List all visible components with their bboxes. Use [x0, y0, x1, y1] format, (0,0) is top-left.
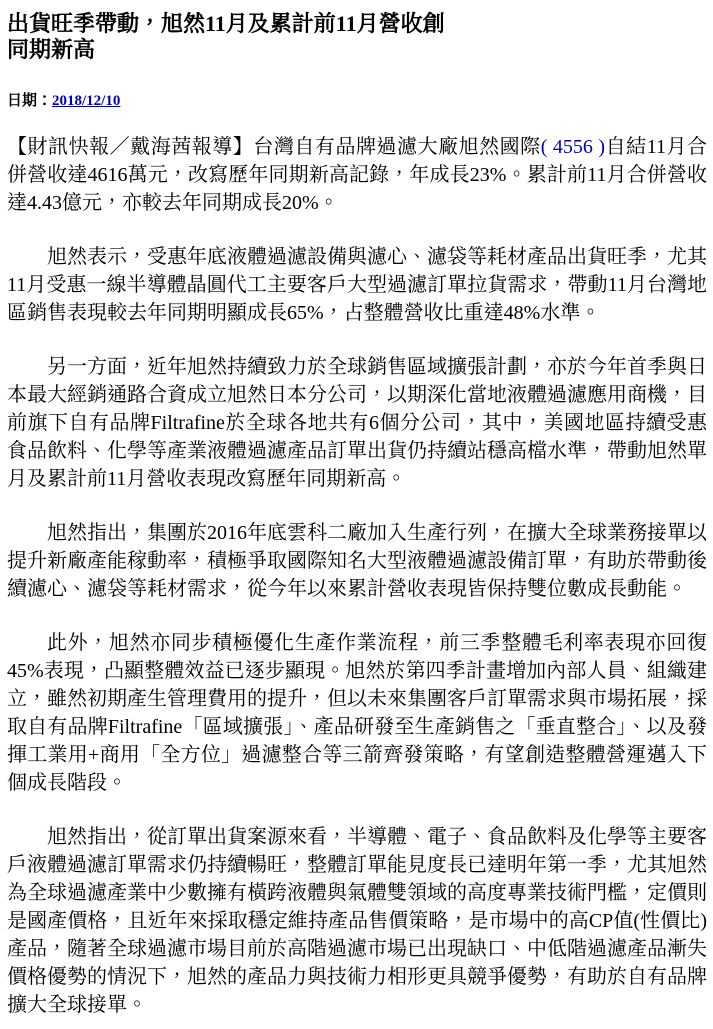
date-link[interactable]: 2018/12/10: [52, 93, 120, 109]
article-page: 出貨旺季帶動，旭然11月及累計前11月營收創同期新高 日期：2018/12/10…: [0, 0, 713, 1029]
stock-code-link[interactable]: ( 4556 ): [541, 136, 605, 158]
paragraph-intro: 【財訊快報／戴海茜報導】台灣自有品牌過濾大廠旭然國際( 4556 )自結11月合…: [7, 133, 707, 217]
date-label: 日期：: [7, 93, 52, 109]
paragraph-factory-capacity: 旭然指出，集團於2016年底雲科二廠加入生產行列，在擴大全球業務接單以提升新廠產…: [7, 519, 707, 603]
article-body: 【財訊快報／戴海茜報導】台灣自有品牌過濾大廠旭然國際( 4556 )自結11月合…: [7, 133, 707, 1019]
date-line: 日期：2018/12/10: [7, 93, 707, 110]
paragraph-order-outlook: 旭然指出，從訂單出貨案源來看，半導體、電子、食品飲料及化學等主要客戶液體過濾訂單…: [7, 823, 707, 1019]
paragraph-margin-strategy: 此外，旭然亦同步積極優化生產作業流程，前三季整體毛利率表現亦回復45%表現，凸顯…: [7, 629, 707, 797]
paragraph-global-expansion: 另一方面，近年旭然持續致力於全球銷售區域擴張計劃，亦於今年首季與日本最大經銷通路…: [7, 353, 707, 493]
paragraph-taiwan-sales: 旭然表示，受惠年底液體過濾設備與濾心、濾袋等耗材產品出貨旺季，尤其11月受惠一線…: [7, 243, 707, 327]
article-title: 出貨旺季帶動，旭然11月及累計前11月營收創同期新高: [7, 11, 466, 63]
paragraph-intro-prefix: 【財訊快報／戴海茜報導】台灣自有品牌過濾大廠旭然國際: [7, 136, 541, 158]
